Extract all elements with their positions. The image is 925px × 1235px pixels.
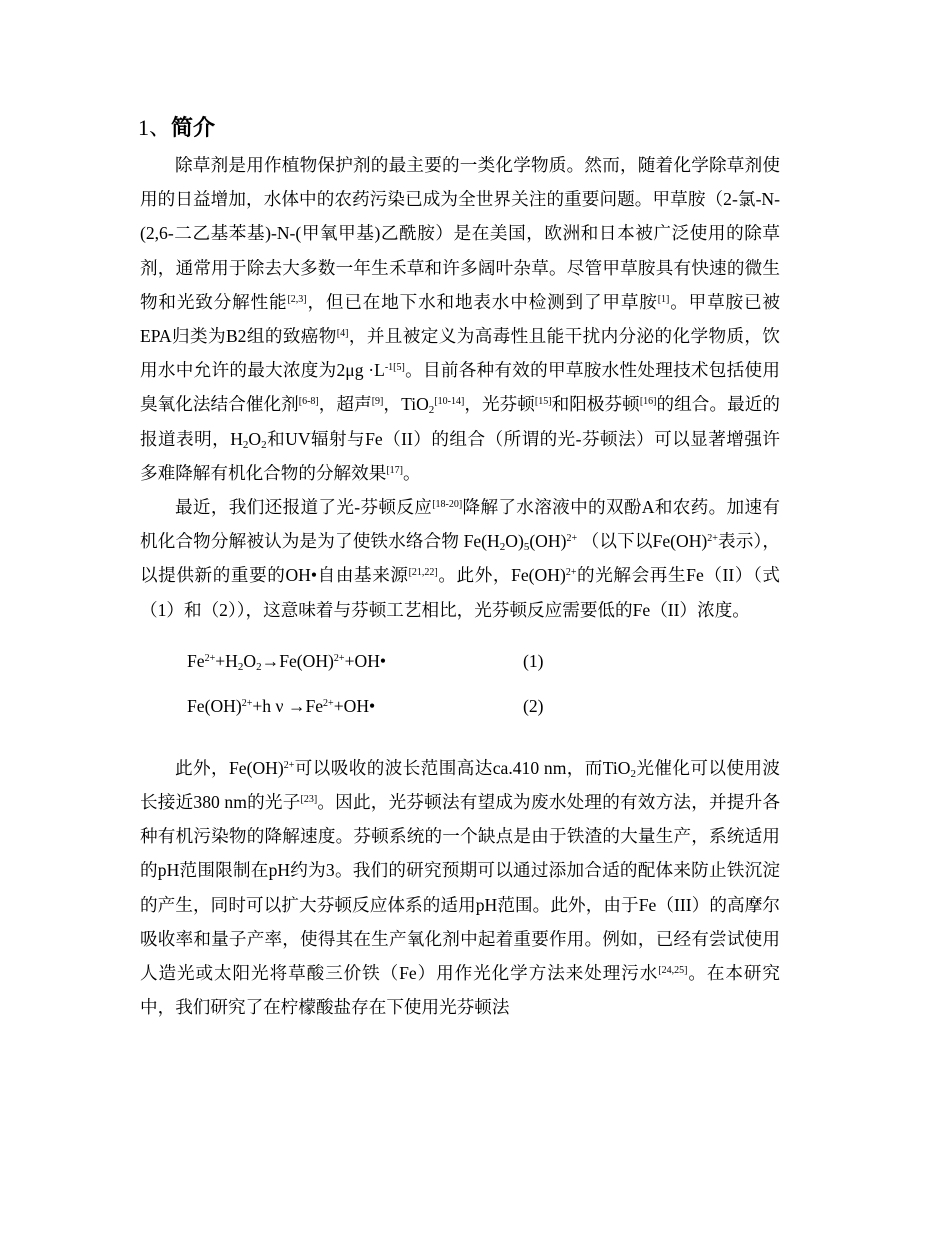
equation-2-label: (2)	[523, 684, 544, 729]
equations-block: Fe2++H2O2→Fe(OH)2++OH• (1) Fe(OH)2++h ν …	[187, 639, 780, 729]
document-page: 1、简介 除草剂是用作植物保护剂的最主要的一类化学物质。然而，随着化学除草剂使用…	[140, 110, 780, 1024]
section-number: 1、	[138, 115, 171, 140]
paragraph-intro: 除草剂是用作植物保护剂的最主要的一类化学物质。然而，随着化学除草剂使用的日益增加…	[140, 148, 780, 490]
equation-1-formula: Fe2++H2O2→Fe(OH)2++OH•	[187, 639, 523, 684]
equation-2: Fe(OH)2++h ν →Fe2++OH• (2)	[187, 684, 780, 729]
equation-1: Fe2++H2O2→Fe(OH)2++OH• (1)	[187, 639, 780, 684]
equation-2-formula: Fe(OH)2++h ν →Fe2++OH•	[187, 684, 523, 729]
paragraph-absorption: 此外，Fe(OH)2+可以吸收的波长范围高达ca.410 nm，而TiO2光催化…	[140, 751, 780, 1025]
section-title: 简介	[171, 115, 215, 140]
section-heading: 1、简介	[138, 110, 780, 148]
equation-1-label: (1)	[523, 639, 544, 684]
paragraph-photo-fenton: 最近，我们还报道了光-芬顿反应[18-20]降解了水溶液中的双酚A和农药。加速有…	[140, 490, 780, 627]
